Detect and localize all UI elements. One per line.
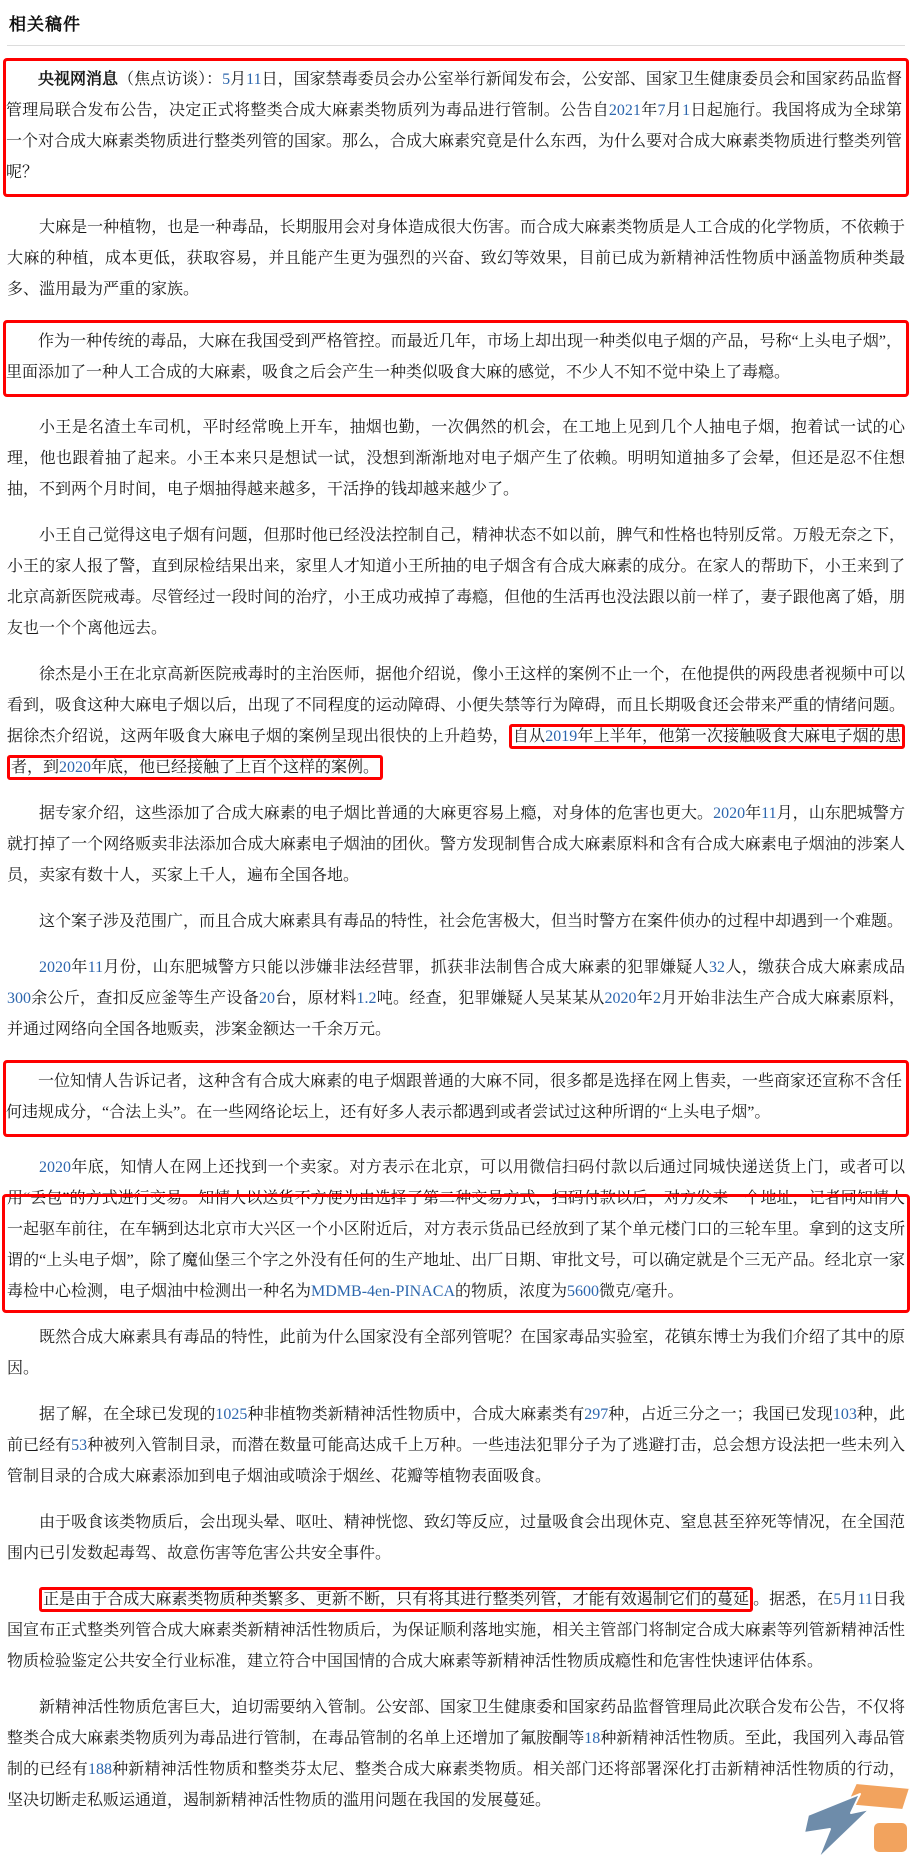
- text-run: 微克/毫升。: [599, 1283, 683, 1300]
- text-run: 种被列入管制目录，而潜在数量可能高达成千上万种。一些违法犯罪分子为了逃避打击，总…: [7, 1437, 905, 1485]
- title-divider: [7, 45, 905, 46]
- text-run: 的物质，浓度为: [455, 1283, 567, 1300]
- text-run: 年: [71, 959, 88, 976]
- text-run: 年底，他已经接触了上百个这样的案例。: [91, 759, 379, 776]
- numeric-text: 7: [658, 102, 666, 119]
- paragraph-highlighted: 一位知情人告诉记者，这种含有合成大麻素的电子烟跟普通的大麻不同，很多都是选择在网…: [3, 1060, 909, 1137]
- text-run: 由于吸食该类物质后，会出现头晕、呕吐、精神恍惚、致幻等反应，过量吸食会出现休克、…: [7, 1514, 905, 1562]
- page-title: 相关稿件: [9, 10, 905, 35]
- article-page: 相关稿件 央视网消息（焦点访谈）：5月11日，国家禁毒委员会办公室举行新闻发布会…: [0, 0, 912, 1861]
- numeric-text: 20: [259, 990, 275, 1007]
- text-run: 年: [641, 102, 658, 119]
- numeric-text: 1025: [215, 1406, 247, 1423]
- text-run: 年: [745, 805, 761, 822]
- numeric-text: 297: [584, 1406, 608, 1423]
- numeric-text: 2020: [39, 959, 71, 976]
- text-run: 这个案子涉及范围广，而且合成大麻素具有毒品的特性，社会危害极大，但当时警方在案件…: [39, 913, 903, 930]
- highlight-box-inline: 正是由于合成大麻素类物质种类繁多、更新不断，只有将其进行整类列管，才能有效遏制它…: [39, 1587, 753, 1612]
- numeric-text: 2: [653, 990, 661, 1007]
- text-run: （焦点访谈）：: [118, 71, 222, 88]
- paragraph: 据专家介绍，这些添加了合成大麻素的电子烟比普通的大麻更容易上瘾，对身体的危害也更…: [7, 798, 905, 891]
- text-run: 小王自己觉得这电子烟有问题，但那时他已经没法控制自己，精神状态不如以前，脾气和性…: [7, 527, 905, 637]
- text-run: 余公斤，查扣反应釜等生产设备: [31, 990, 259, 1007]
- numeric-text: 1.2: [357, 990, 377, 1007]
- text-run: 种非植物类新精神活性物质中，合成大麻素类有: [247, 1406, 584, 1423]
- text-run: 。据悉，在: [753, 1591, 833, 1608]
- text-run: 既然合成大麻素具有毒品的特性，此前为什么国家没有全部列管呢？在国家毒品实验室，花…: [7, 1329, 905, 1377]
- numeric-text: 53: [71, 1437, 87, 1454]
- paragraph-with-partial-highlight: 2020年底，知情人在网上还找到一个卖家。对方表示在北京，可以用微信扫码付款以后…: [7, 1152, 905, 1307]
- text-run: 小王是名渣土车司机，平时经常晚上开车，抽烟也勤，一次偶然的机会，在工地上见到几个…: [7, 419, 905, 498]
- text-run: 人，缴获合成大麻素成品: [725, 959, 905, 976]
- paragraph: 小王自己觉得这电子烟有问题，但那时他已经没法控制自己，精神状态不如以前，脾气和性…: [7, 520, 905, 644]
- numeric-text: 2020: [604, 990, 636, 1007]
- paragraph: 新精神活性物质危害巨大，迫切需要纳入管制。公安部、国家卫生健康委和国家药品监督管…: [7, 1692, 905, 1816]
- numeric-text: 1: [682, 102, 690, 119]
- text-run: 作为一种传统的毒品，大麻在我国受到严格管控。而最近几年，市场上却出现一种类似电子…: [6, 333, 902, 381]
- text-run: 年底，知情人在网上还找到一个卖家。对方表示在北京，可以用微信扫码付款以后通过同城…: [7, 1159, 905, 1300]
- numeric-text: 18: [584, 1730, 600, 1747]
- paragraph: 由于吸食该类物质后，会出现头晕、呕吐、精神恍惚、致幻等反应，过量吸食会出现休克、…: [7, 1507, 905, 1569]
- text-run: 年: [636, 990, 653, 1007]
- paragraph-highlighted: 央视网消息（焦点访谈）：5月11日，国家禁毒委员会办公室举行新闻发布会，公安部、…: [3, 58, 909, 197]
- numeric-text: 11: [88, 959, 103, 976]
- paragraph: 大麻是一种植物，也是一种毒品，长期服用会对身体造成很大伤害。而合成大麻素类物质是…: [7, 212, 905, 305]
- numeric-text: 5600: [567, 1283, 599, 1300]
- text-run: 月: [230, 71, 246, 88]
- numeric-text: 11: [857, 1591, 872, 1608]
- paragraph-highlighted: 作为一种传统的毒品，大麻在我国受到严格管控。而最近几年，市场上却出现一种类似电子…: [3, 320, 909, 397]
- logo-orange-bottom-shape: [873, 1822, 908, 1853]
- numeric-text: 2021: [609, 102, 641, 119]
- text-run: 月: [666, 102, 683, 119]
- text-run: 月: [841, 1591, 857, 1608]
- paragraph: 这个案子涉及范围广，而且合成大麻素具有毒品的特性，社会危害极大，但当时警方在案件…: [7, 906, 905, 937]
- numeric-text: 103: [833, 1406, 857, 1423]
- numeric-text: 5: [222, 71, 230, 88]
- text-run: 正是由于合成大麻素类物质种类繁多、更新不断，只有将其进行整类列管，才能有效遏制它…: [43, 1591, 749, 1608]
- text-run: 据专家介绍，这些添加了合成大麻素的电子烟比普通的大麻更容易上瘾，对身体的危害也更…: [39, 805, 713, 822]
- numeric-text: 2020: [59, 759, 91, 776]
- numeric-text: MDMB-4en-PINACA: [311, 1283, 455, 1300]
- text-run: 据了解，在全球已发现的: [39, 1406, 215, 1423]
- paragraph: 既然合成大麻素具有毒品的特性，此前为什么国家没有全部列管呢？在国家毒品实验室，花…: [7, 1322, 905, 1384]
- numeric-text: 11: [761, 805, 776, 822]
- paragraph: 徐杰是小王在北京高新医院戒毒时的主治医师，据他介绍说，像小王这样的案例不止一个，…: [7, 659, 905, 783]
- text-run: 月份，山东肥城警方只能以涉嫌非法经营罪，抓获非法制售合成大麻素的犯罪嫌疑人: [103, 959, 709, 976]
- text-run: 一位知情人告诉记者，这种含有合成大麻素的电子烟跟普通的大麻不同，很多都是选择在网…: [6, 1073, 902, 1121]
- article-body: 央视网消息（焦点访谈）：5月11日，国家禁毒委员会办公室举行新闻发布会，公安部、…: [7, 58, 905, 1816]
- numeric-text: 188: [88, 1761, 112, 1778]
- text-run: 台，原材料: [275, 990, 357, 1007]
- bold-lead-text: 央视网消息: [38, 71, 118, 88]
- numeric-text: 2019: [545, 728, 577, 745]
- text-run: 种，占近三分之一；我国已发现: [608, 1406, 833, 1423]
- numeric-text: 2020: [39, 1159, 71, 1176]
- numeric-text: 11: [246, 71, 261, 88]
- text-run: 自从: [513, 728, 545, 745]
- paragraph: 2020年底，知情人在网上还找到一个卖家。对方表示在北京，可以用微信扫码付款以后…: [7, 1152, 905, 1307]
- text-run: 大麻是一种植物，也是一种毒品，长期服用会对身体造成很大伤害。而合成大麻素类物质是…: [7, 219, 905, 298]
- lightning-logo-watermark: [794, 1779, 912, 1861]
- numeric-text: 32: [709, 959, 725, 976]
- paragraph: 2020年11月份，山东肥城警方只能以涉嫌非法经营罪，抓获非法制售合成大麻素的犯…: [7, 952, 905, 1045]
- text-run: 吨。经查，犯罪嫌疑人吴某某从: [377, 990, 605, 1007]
- paragraph: 小王是名渣土车司机，平时经常晚上开车，抽烟也勤，一次偶然的机会，在工地上见到几个…: [7, 412, 905, 505]
- numeric-text: 300: [7, 990, 31, 1007]
- paragraph: 据了解，在全球已发现的1025种非植物类新精神活性物质中，合成大麻素类有297种…: [7, 1399, 905, 1492]
- paragraph: 正是由于合成大麻素类物质种类繁多、更新不断，只有将其进行整类列管，才能有效遏制它…: [7, 1584, 905, 1677]
- numeric-text: 2020: [713, 805, 745, 822]
- text-run: 种新精神活性物质和整类芬太尼、整类合成大麻素类物质。相关部门还将部署深化打击新精…: [7, 1761, 905, 1809]
